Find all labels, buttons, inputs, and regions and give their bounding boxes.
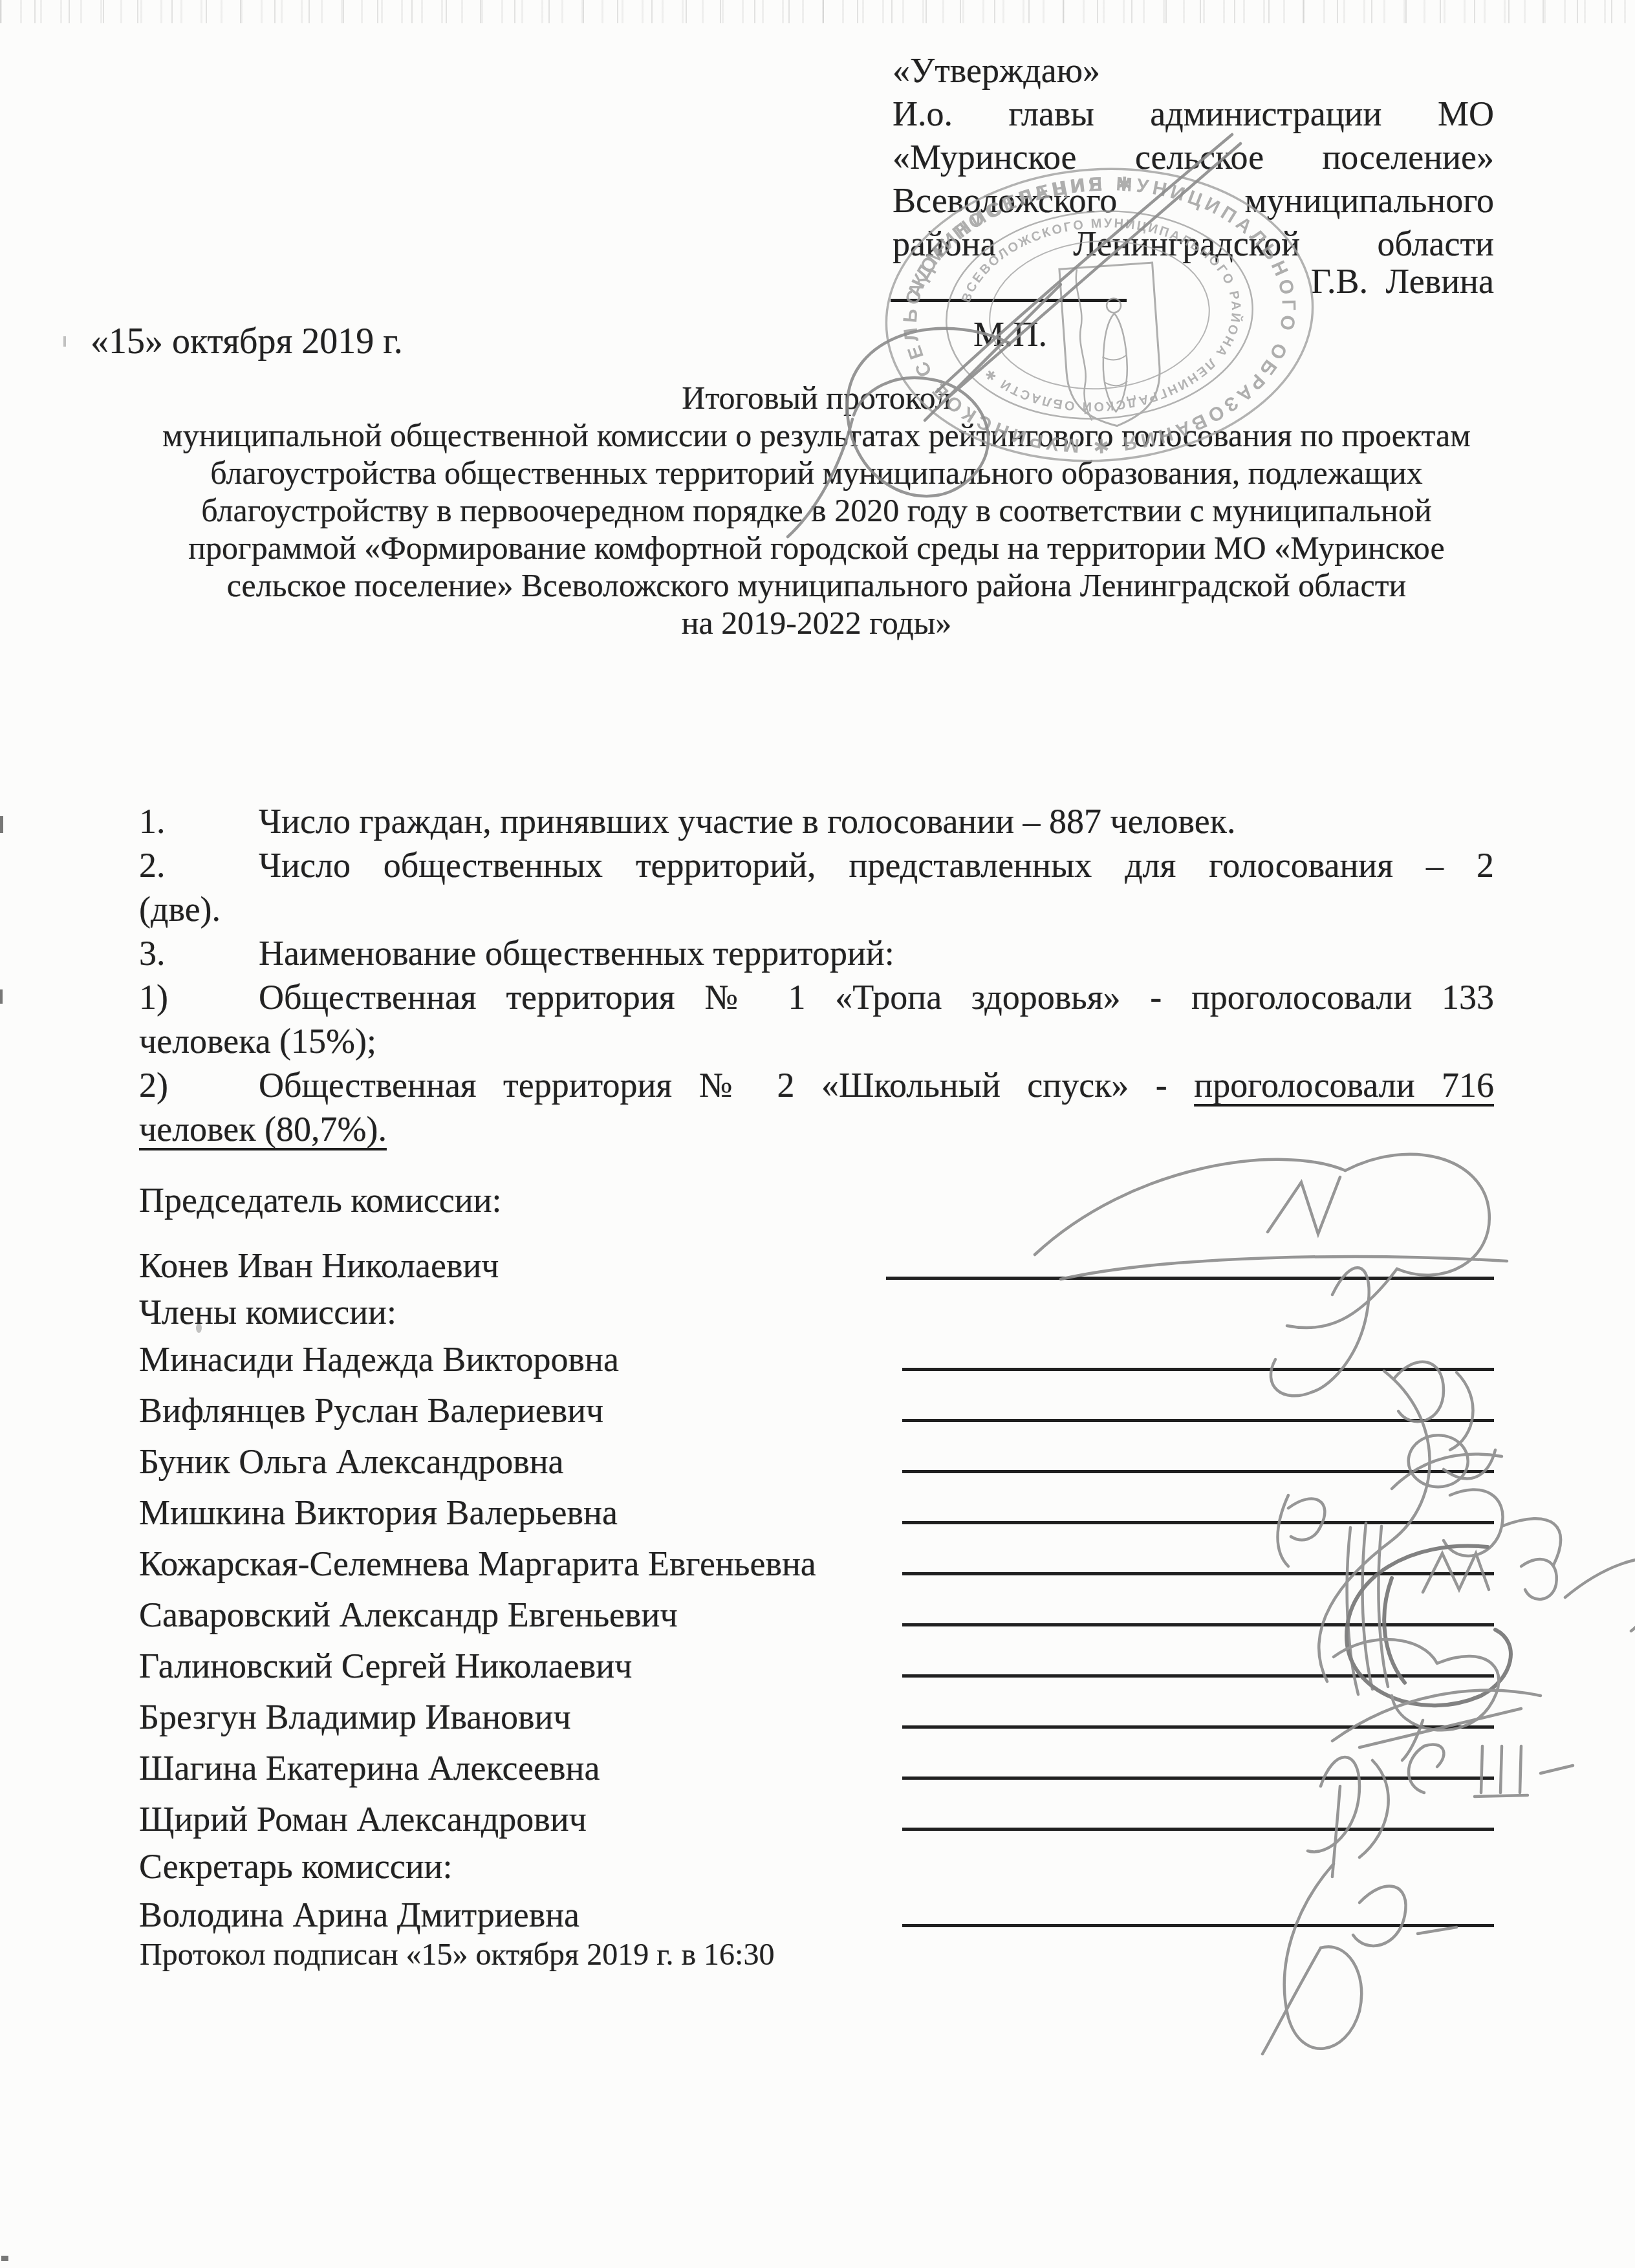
signature-bunik (1392, 1435, 1502, 1489)
list-item: 1) Общественная территория № 1 «Тропа зд… (139, 975, 1494, 1019)
approval-signature-line (891, 299, 1127, 302)
signature-shagina (1409, 1745, 1573, 1797)
title-line: на 2019-2022 годы» (139, 604, 1494, 642)
list-item: 3. Наименование общественных территорий: (139, 931, 1494, 975)
signature-mishkina (1278, 1489, 1561, 1566)
scan-noise-band (0, 0, 1635, 23)
document-date: «15» октября 2019 г. (91, 321, 403, 362)
approval-block: «Утверждаю» И.о. главы администрации МО … (893, 49, 1494, 266)
document-page: «Утверждаю» И.о. главы администрации МО … (0, 0, 1635, 2268)
signature-pillars (1347, 1523, 1388, 1694)
signature-viflyantsev (1394, 1362, 1473, 1450)
member-name: Саваровский Александр Евгеньевич (139, 1595, 678, 1635)
signature-konev (1035, 1154, 1507, 1328)
member-name: Брезгун Владимир Иванович (139, 1697, 571, 1737)
list-item-underlined: человек (80,7%). (139, 1110, 387, 1149)
list-item-text-part: Общественная территория № 2 «Школьный сп… (259, 1066, 1194, 1105)
list-item-text: Общественная территория № 1 «Тропа здоро… (259, 975, 1494, 1019)
title-line: Итоговый протокол (139, 379, 1494, 416)
member-name: Минасиди Надежда Викторовна (139, 1339, 619, 1379)
member-name: Кожарская-Селемнева Маргарита Евгеньевна (139, 1544, 816, 1584)
member-name: Вифлянцев Руслан Валериевич (139, 1390, 603, 1431)
signature-volodina (1262, 1864, 1456, 2054)
signature-shchiriy (1308, 1757, 1389, 1877)
list-item-text: Число общественных территорий, представл… (259, 843, 1494, 887)
list-item: 2) Общественная территория № 2 «Школьный… (139, 1063, 1494, 1107)
approval-line: И.о. главы администрации МО (893, 92, 1494, 136)
approval-quote: «Утверждаю» (893, 49, 1494, 92)
members-label: Члены комиссии: (139, 1292, 396, 1332)
approval-line: Всеволожского муниципального (893, 179, 1494, 222)
list-item-wrap: (две). (139, 887, 1494, 931)
signature-line-member (902, 1777, 1494, 1780)
protocol-signed-note: Протокол подписан «15» октября 2019 г. в… (140, 1937, 774, 1973)
approver-name: Г.В. Левина (893, 261, 1494, 301)
list-item: 1. Число граждан, принявших участие в го… (139, 799, 1494, 843)
member-name: Мишкина Виктория Валерьевна (139, 1493, 618, 1533)
title-line: сельское поселение» Всеволожского муници… (139, 567, 1494, 604)
list-item-number: 1) (139, 975, 259, 1019)
scan-artifact (0, 816, 3, 833)
chairman-name: Конев Иван Николаевич (139, 1246, 499, 1286)
list-item-underlined: проголосовали 716 (1194, 1066, 1494, 1105)
signature-line-member (902, 1674, 1494, 1678)
title-line: программой «Формирование комфортной горо… (139, 529, 1494, 567)
signature-line-chairman (886, 1277, 1494, 1280)
results-list: 1. Число граждан, принявших участие в го… (139, 799, 1494, 1151)
list-item-text: Число граждан, принявших участие в голос… (259, 799, 1494, 843)
list-item-text: Наименование общественных территорий: (259, 931, 1494, 975)
title-line: муниципальной общественной комиссии о ре… (139, 416, 1494, 454)
approval-line: «Муринское сельское поселение» (893, 136, 1494, 179)
member-name: Буник Ольга Александровна (139, 1442, 564, 1482)
list-item-wrap: человек (80,7%). (139, 1107, 1494, 1151)
list-item-wrap: человека (15%); (139, 1019, 1494, 1063)
approval-line: района Ленинградской области (893, 222, 1494, 266)
scan-artifact (1, 2256, 8, 2261)
list-item-number: 1. (139, 799, 259, 843)
signature-minasidi (1271, 1268, 1369, 1396)
list-item: 2. Число общественных территорий, предст… (139, 843, 1494, 887)
member-name: Шагина Екатерина Алексеевна (139, 1748, 600, 1788)
signature-line-member (902, 1572, 1494, 1575)
list-item-number: 2. (139, 843, 259, 887)
signature-line-member (902, 1725, 1494, 1729)
list-item-number: 3. (139, 931, 259, 975)
member-name: Галиновский Сергей Николаевич (139, 1646, 632, 1686)
signature-kozharskaya (1423, 1540, 1635, 1631)
seal-place-mark: М.П. (973, 314, 1047, 354)
secretary-name: Володина Арина Дмитриевна (139, 1895, 579, 1935)
signature-line-member (902, 1419, 1494, 1422)
signature-line-member (902, 1521, 1494, 1524)
secretary-label: Секретарь комиссии: (139, 1846, 452, 1886)
title-line: благоустройству в первоочередном порядке… (139, 491, 1494, 529)
title-line: благоустройства общественных территорий … (139, 454, 1494, 491)
list-item-number: 2) (139, 1063, 259, 1107)
signature-line-member (902, 1623, 1494, 1626)
signature-line-member (902, 1470, 1494, 1473)
chairman-label: Председатель комиссии: (139, 1180, 502, 1220)
signature-line-member (902, 1368, 1494, 1371)
signature-line-secretary (902, 1924, 1494, 1927)
member-name: Щирий Роман Александрович (139, 1799, 587, 1839)
signature-brezgun (1332, 1690, 1541, 1747)
signature-line-member (902, 1828, 1494, 1831)
scan-artifact (63, 336, 66, 347)
signature-galinovskiy (1334, 1639, 1499, 1760)
document-title: Итоговый протокол муниципальной обществе… (139, 379, 1494, 642)
list-item-text: Общественная территория № 2 «Школьный сп… (259, 1063, 1494, 1107)
signature-flourish-long (1319, 1371, 1429, 1681)
scan-artifact (0, 989, 3, 1004)
